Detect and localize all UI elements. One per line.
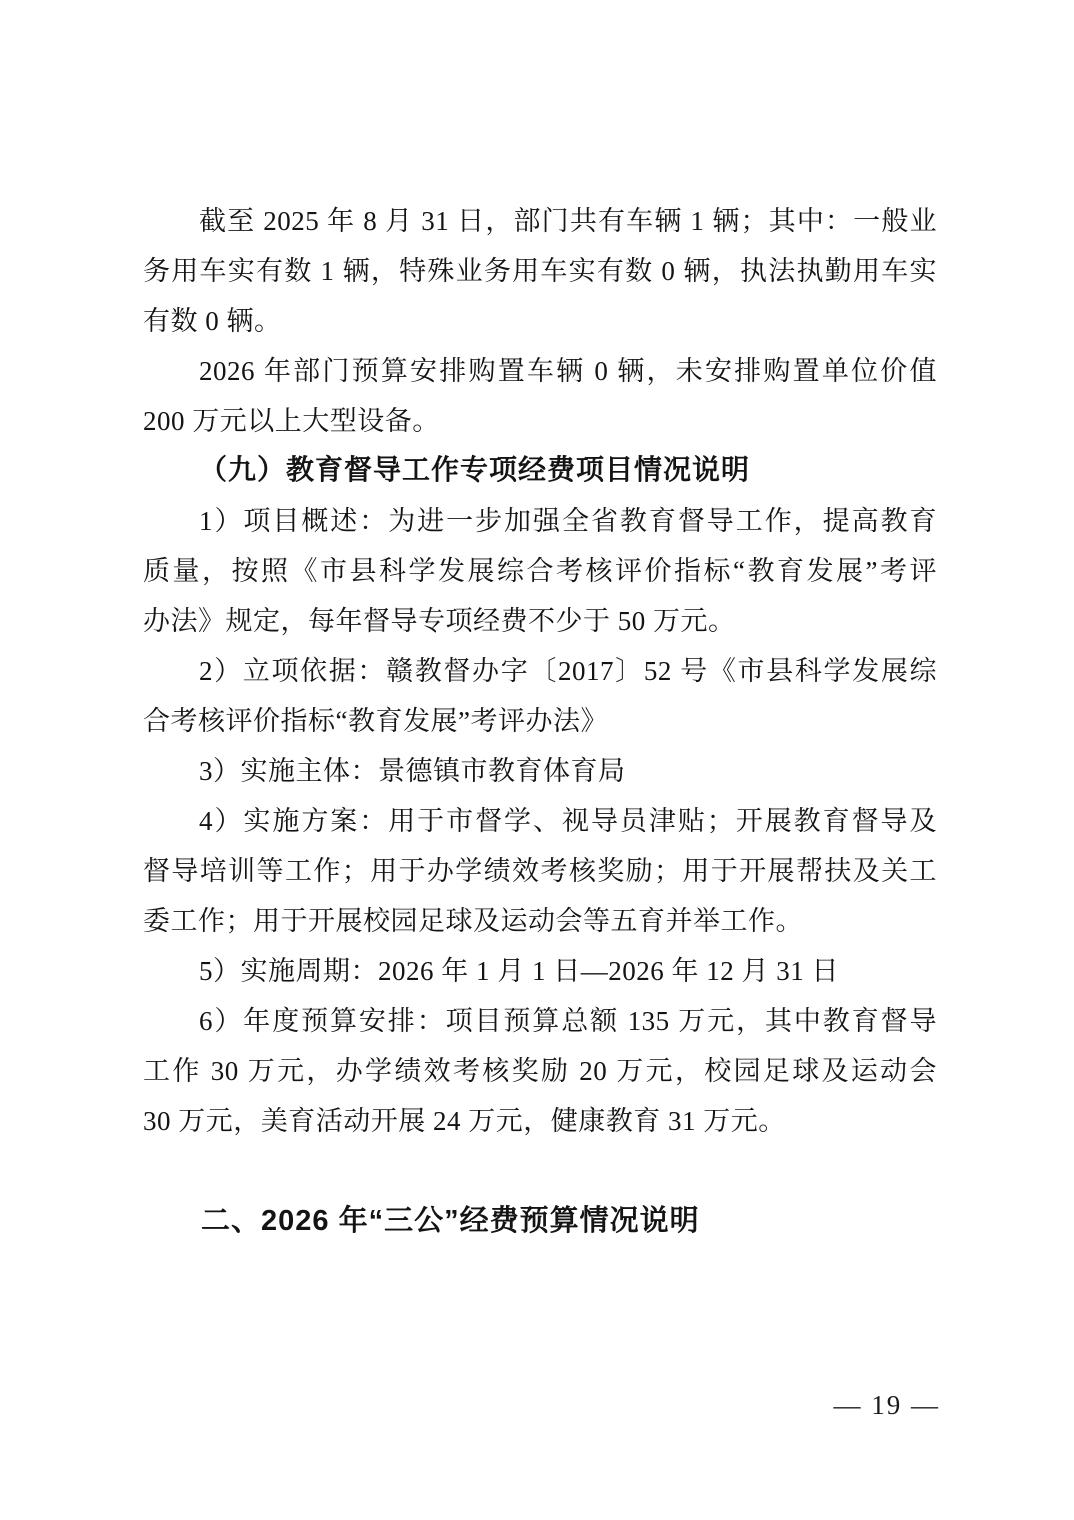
text-line: 2026 年部门预算安排购置车辆 0 辆，未安排购置单位价值 (143, 346, 937, 396)
text-line: 务用车实有数 1 辆，特殊业务用车实有数 0 辆，执法执勤用车实 (143, 246, 937, 296)
text-line: 30 万元，美育活动开展 24 万元，健康教育 31 万元。 (143, 1096, 937, 1146)
text-line: 1）项目概述：为进一步加强全省教育督导工作，提高教育 (143, 496, 937, 546)
text-line: 合考核评价指标“教育发展”考评办法》 (143, 696, 937, 746)
page-number: — 19 — (834, 1388, 941, 1422)
text-line: 200 万元以上大型设备。 (143, 396, 937, 446)
document-page: 截至 2025 年 8 月 31 日，部门共有车辆 1 辆；其中：一般业 务用车… (0, 0, 1074, 1520)
text-line: 有数 0 辆。 (143, 296, 937, 346)
text-line: 工作 30 万元，办学绩效考核奖励 20 万元，校园足球及运动会 (143, 1046, 937, 1096)
text-line: 6）年度预算安排：项目预算总额 135 万元，其中教育督导 (143, 996, 937, 1046)
text-line: 督导培训等工作；用于办学绩效考核奖励；用于开展帮扶及关工 (143, 846, 937, 896)
text-line: 截至 2025 年 8 月 31 日，部门共有车辆 1 辆；其中：一般业 (143, 196, 937, 246)
text-line: 办法》规定，每年督导专项经费不少于 50 万元。 (143, 596, 937, 646)
text-line: 4）实施方案：用于市督学、视导员津贴；开展教育督导及 (143, 796, 937, 846)
subsection-heading: （九）教育督导工作专项经费项目情况说明 (143, 446, 937, 496)
text-line: 3）实施主体：景德镇市教育体育局 (143, 746, 937, 796)
text-line: 2）立项依据：赣教督办字〔2017〕52 号《市县科学发展综 (143, 646, 937, 696)
text-line: 委工作；用于开展校园足球及运动会等五育并举工作。 (143, 896, 937, 946)
text-line: 5）实施周期：2026 年 1 月 1 日—2026 年 12 月 31 日 (143, 946, 937, 996)
section-heading: 二、2026 年“三公”经费预算情况说明 (143, 1196, 937, 1246)
document-body: 截至 2025 年 8 月 31 日，部门共有车辆 1 辆；其中：一般业 务用车… (143, 196, 937, 1246)
text-line: 质量，按照《市县科学发展综合考核评价指标“教育发展”考评 (143, 546, 937, 596)
